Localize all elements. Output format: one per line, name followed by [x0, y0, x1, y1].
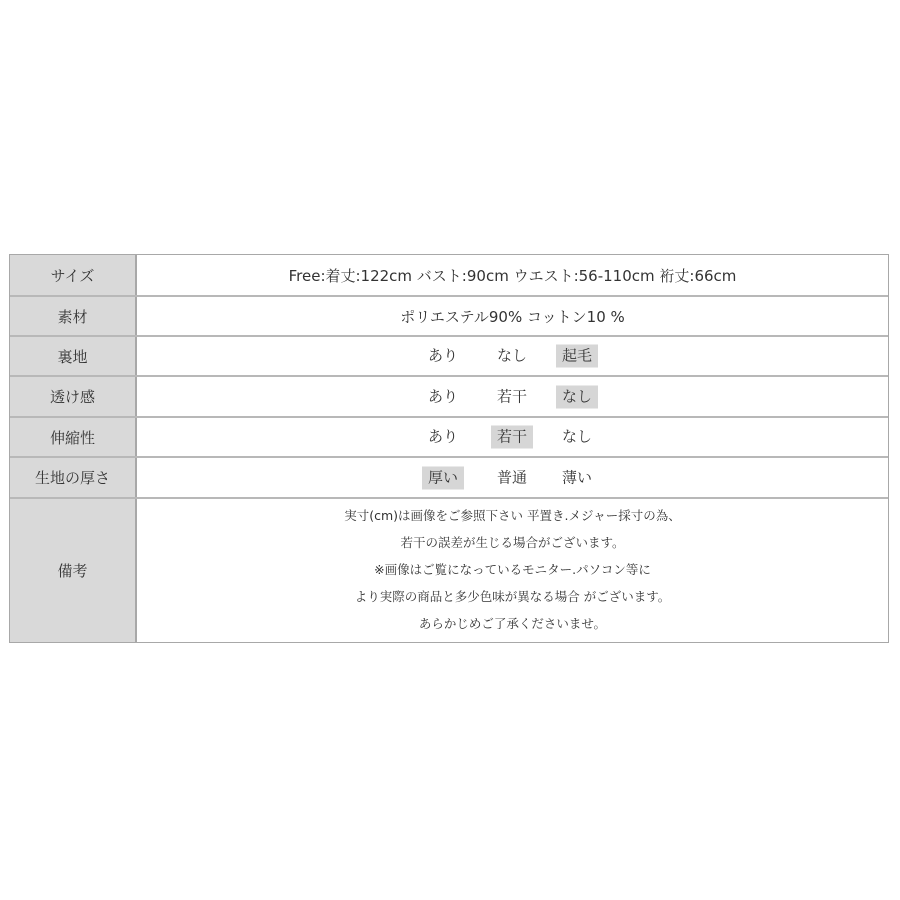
row-value-sheerness: あり 若干 なし	[137, 377, 888, 416]
spec-row-material: 素材 ポリエステル90% コットン10 %	[10, 295, 888, 335]
row-label-lining: 裏地	[10, 337, 137, 375]
row-value-lining: あり なし 起毛	[137, 337, 888, 375]
thickness-option-thin: 薄い	[556, 466, 598, 489]
thickness-option-thick-selected: 厚い	[422, 466, 464, 489]
row-value-thickness: 厚い 普通 薄い	[137, 458, 888, 497]
spec-row-thickness: 生地の厚さ 厚い 普通 薄い	[10, 456, 888, 497]
stretch-option-slight-selected: 若干	[491, 426, 533, 449]
lining-option-no: なし	[491, 345, 533, 368]
row-label-material: 素材	[10, 297, 137, 335]
thickness-option-normal: 普通	[491, 466, 533, 489]
lining-options: あり なし 起毛	[137, 337, 888, 375]
row-value-notes: 実寸(cm)は画像をご参照下さい 平置き.メジャー採寸の為、 若干の誤差が生じる…	[137, 499, 888, 642]
sheerness-option-slight: 若干	[491, 385, 533, 408]
notes-line: あらかじめご了承くださいませ。	[344, 610, 681, 637]
product-spec-table: サイズ Free:着丈:122cm バスト:90cm ウエスト:56-110cm…	[9, 254, 889, 643]
spec-row-sheerness: 透け感 あり 若干 なし	[10, 375, 888, 416]
sheerness-options: あり 若干 なし	[137, 377, 888, 416]
notes-text-block: 実寸(cm)は画像をご参照下さい 平置き.メジャー採寸の為、 若干の誤差が生じる…	[344, 502, 681, 637]
thickness-options: 厚い 普通 薄い	[137, 458, 888, 497]
stretch-option-none: なし	[556, 426, 598, 449]
stretch-options: あり 若干 なし	[137, 418, 888, 456]
spec-row-size: サイズ Free:着丈:122cm バスト:90cm ウエスト:56-110cm…	[10, 255, 888, 295]
row-label-thickness: 生地の厚さ	[10, 458, 137, 497]
row-label-size: サイズ	[10, 255, 137, 295]
notes-line: より実際の商品と多少色味が異なる場合 がございます。	[344, 583, 681, 610]
row-label-sheerness: 透け感	[10, 377, 137, 416]
notes-line: ※画像はご覧になっているモニター.パソコン等に	[344, 556, 681, 583]
size-measurements-text: Free:着丈:122cm バスト:90cm ウエスト:56-110cm 裄丈:…	[289, 265, 737, 286]
lining-option-brushed-selected: 起毛	[556, 345, 598, 368]
row-value-size: Free:着丈:122cm バスト:90cm ウエスト:56-110cm 裄丈:…	[137, 255, 888, 295]
spec-row-stretch: 伸縮性 あり 若干 なし	[10, 416, 888, 456]
row-label-notes: 備考	[10, 499, 137, 642]
lining-option-yes: あり	[422, 345, 464, 368]
sheerness-option-none-selected: なし	[556, 385, 598, 408]
row-value-material: ポリエステル90% コットン10 %	[137, 297, 888, 335]
notes-line: 若干の誤差が生じる場合がございます。	[344, 529, 681, 556]
spec-row-notes: 備考 実寸(cm)は画像をご参照下さい 平置き.メジャー採寸の為、 若干の誤差が…	[10, 497, 888, 642]
row-value-stretch: あり 若干 なし	[137, 418, 888, 456]
stretch-option-yes: あり	[422, 426, 464, 449]
sheerness-option-yes: あり	[422, 385, 464, 408]
row-label-stretch: 伸縮性	[10, 418, 137, 456]
notes-line: 実寸(cm)は画像をご参照下さい 平置き.メジャー採寸の為、	[344, 502, 681, 529]
spec-row-lining: 裏地 あり なし 起毛	[10, 335, 888, 375]
material-composition-text: ポリエステル90% コットン10 %	[400, 306, 625, 327]
